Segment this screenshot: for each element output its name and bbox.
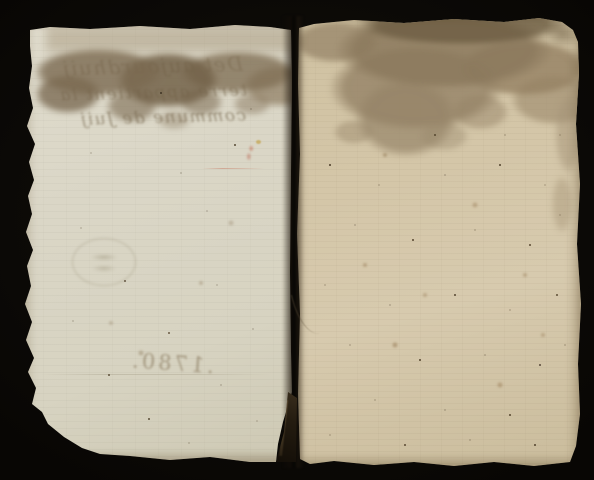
foxing-specks-right	[284, 4, 286, 6]
page-left: Det aujourdhuij terre appartient la comm…	[20, 22, 294, 464]
page-edge-shading	[20, 22, 36, 464]
page-edge-shading	[20, 450, 294, 464]
water-stain-left-strip	[46, 26, 294, 52]
page-edge-shading	[294, 454, 583, 470]
paper-crease-line	[40, 374, 270, 375]
stamp-showthrough-oval	[72, 238, 136, 286]
page-edge-shading	[567, 14, 583, 470]
page-edge-shading	[294, 14, 583, 24]
red-ink-line	[202, 168, 264, 169]
page-right	[294, 14, 583, 470]
water-stain-right-top	[294, 14, 583, 169]
water-stain-right-corner	[534, 16, 582, 60]
foxing-blots-right	[284, 4, 286, 6]
water-stain-right-edge	[542, 74, 582, 244]
foxing-blots-left	[10, 12, 12, 14]
yellow-speck	[256, 140, 261, 144]
ink-showthrough-line: commune de Juij	[46, 103, 261, 133]
paper-texture-right	[294, 14, 583, 470]
page-edge-shading	[20, 22, 294, 30]
foxing-specks-left	[10, 12, 12, 14]
red-ink-smudge	[244, 144, 256, 162]
manuscript-scan: Det aujourdhuij terre appartient la comm…	[0, 0, 594, 480]
ink-showthrough-block: Det aujourdhuij terre appartient la comm…	[45, 49, 261, 133]
